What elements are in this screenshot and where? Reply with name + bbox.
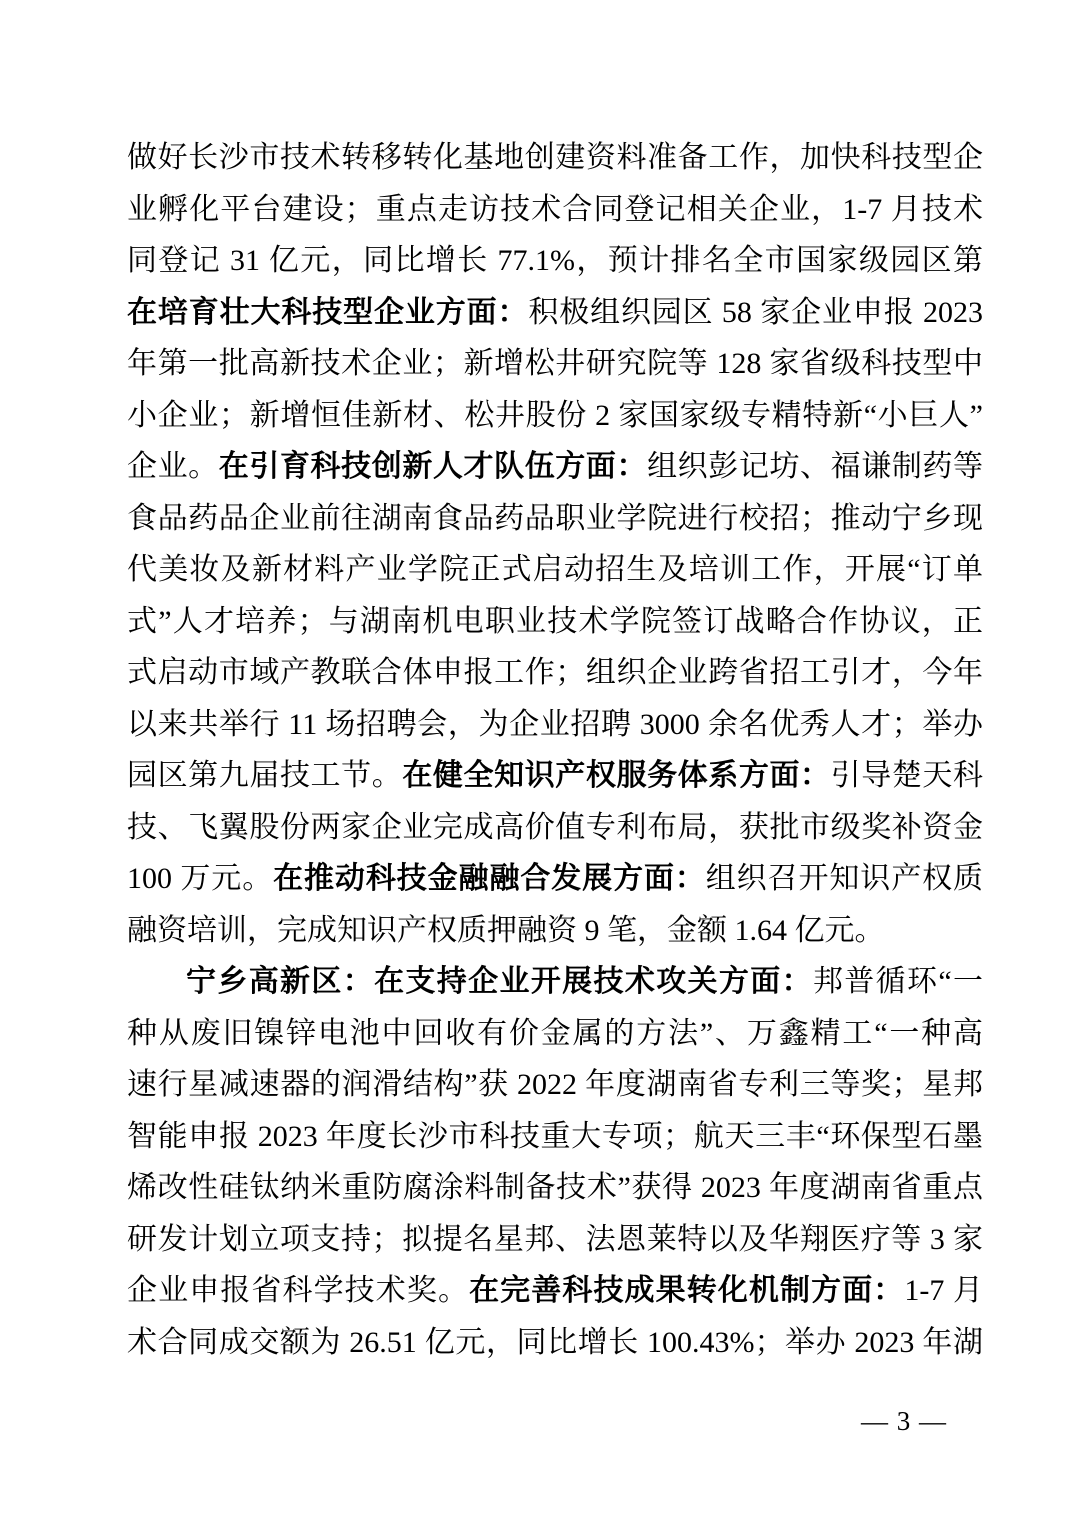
bold-heading-segment: 在完善科技成果转化机制方面： [469, 1274, 904, 1307]
text-block: 做好长沙市技术转移转化基地创建资料准备工作，加快科技型企业孵化平台建设；重点走访… [127, 132, 983, 1368]
text-segment: 积极组织园区 58 家企业申报 2023 [528, 296, 983, 329]
text-segment: 以来共举行 11 场招聘会，为企业招聘 3000 余名优秀人才；举办 [127, 708, 983, 741]
text-segment: 100 万元。 [127, 862, 273, 895]
text-line: 融资培训，完成知识产权质押融资 9 笔，金额 1.64 亿元。 [127, 905, 983, 957]
bold-heading-segment: 宁乡高新区：在支持企业开展技术攻关方面： [186, 965, 813, 998]
text-line: 业孵化平台建设；重点走访技术合同登记相关企业，1-7 月技术合 [127, 184, 983, 236]
text-segment: 融资培训，完成知识产权质押融资 9 笔，金额 1.64 亿元。 [127, 914, 885, 947]
text-line: 小企业；新增恒佳新材、松井股份 2 家国家级专精特新“小巨人” [127, 390, 983, 442]
text-segment: 代美妆及新材料产业学院正式启动招生及培训工作，开展“订单 [127, 553, 983, 586]
text-segment: 式”人才培养；与湖南机电职业技术学院签订战略合作协议，正 [127, 605, 983, 638]
text-line: 代美妆及新材料产业学院正式启动招生及培训工作，开展“订单 [127, 544, 983, 596]
text-segment: 邦普循环“一 [813, 965, 983, 998]
text-segment: 种从废旧镍锌电池中回收有价金属的方法”、万鑫精工“一种高 [127, 1017, 983, 1050]
text-line: 速行星减速器的润滑结构”获 2022 年度湖南省专利三等奖；星邦 [127, 1059, 983, 1111]
text-segment: 烯改性硅钛纳米重防腐涂料制备技术”获得 2023 年度湖南省重点 [127, 1171, 983, 1204]
text-segment: 智能申报 2023 年度长沙市科技重大专项；航天三丰“环保型石墨 [127, 1120, 983, 1153]
bold-heading-segment: 在引育科技创新人才队伍方面： [219, 450, 647, 483]
text-segment: 研发计划立项支持；拟提名星邦、法恩莱特以及华翔医疗等 3 家 [127, 1223, 983, 1256]
text-line: 企业。在引育科技创新人才队伍方面：组织彭记坊、福谦制药等 [127, 441, 983, 493]
text-line: 企业申报省科学技术奖。在完善科技成果转化机制方面：1-7 月技 [127, 1265, 983, 1317]
text-segment: 企业申报省科学技术奖。 [127, 1274, 469, 1307]
text-segment: 组织彭记坊、福谦制药等 [647, 450, 983, 483]
text-segment: 业孵化平台建设；重点走访技术合同登记相关企业，1-7 月技术合 [127, 193, 983, 236]
text-line: 烯改性硅钛纳米重防腐涂料制备技术”获得 2023 年度湖南省重点 [127, 1162, 983, 1214]
text-segment: 年第一批高新技术企业；新增松井研究院等 128 家省级科技型中 [127, 347, 983, 380]
text-segment: 引导楚天科 [831, 759, 983, 792]
bold-heading-segment: 在健全知识产权服务体系方面： [402, 759, 830, 792]
text-segment: 术合同成交额为 26.51 亿元，同比增长 100.43%；举办 2023 年湖 [127, 1326, 983, 1359]
text-line: 技、飞翼股份两家企业完成高价值专利布局，获批市级奖补资金 [127, 802, 983, 854]
text-line: 式”人才培养；与湖南机电职业技术学院签订战略合作协议，正 [127, 596, 983, 648]
text-line: 种从废旧镍锌电池中回收有价金属的方法”、万鑫精工“一种高 [127, 1008, 983, 1060]
text-line: 宁乡高新区：在支持企业开展技术攻关方面：邦普循环“一 [127, 956, 983, 1008]
text-segment: 小企业；新增恒佳新材、松井股份 2 家国家级专精特新“小巨人” [127, 399, 983, 432]
bold-heading-segment: 在培育壮大科技型企业方面： [127, 296, 528, 329]
text-line: 食品药品企业前往湖南食品药品职业学院进行校招；推动宁乡现 [127, 493, 983, 545]
text-line: 在培育壮大科技型企业方面：积极组织园区 58 家企业申报 2023 [127, 287, 983, 339]
text-segment: 园区第九届技工节。 [127, 759, 402, 792]
text-line: 研发计划立项支持；拟提名星邦、法恩莱特以及华翔医疗等 3 家 [127, 1214, 983, 1266]
text-line: 同登记 31 亿元，同比增长 77.1%，预计排名全市国家级园区第三。 [127, 235, 983, 287]
text-segment: 企业。 [127, 450, 219, 483]
text-line: 式启动市域产教联合体申报工作；组织企业跨省招工引才，今年 [127, 647, 983, 699]
text-line: 园区第九届技工节。在健全知识产权服务体系方面：引导楚天科 [127, 750, 983, 802]
document-page: 做好长沙市技术转移转化基地创建资料准备工作，加快科技型企业孵化平台建设；重点走访… [0, 0, 1074, 1520]
text-line: 100 万元。在推动科技金融融合发展方面：组织召开知识产权质押 [127, 853, 983, 905]
text-segment: 做好长沙市技术转移转化基地创建资料准备工作，加快科技型企 [127, 141, 983, 174]
text-line: 做好长沙市技术转移转化基地创建资料准备工作，加快科技型企 [127, 132, 983, 184]
bold-heading-segment: 在推动科技金融融合发展方面： [273, 862, 706, 895]
page-number: — 3 — [861, 1404, 947, 1438]
text-line: 术合同成交额为 26.51 亿元，同比增长 100.43%；举办 2023 年湖 [127, 1317, 983, 1369]
text-segment: 食品药品企业前往湖南食品药品职业学院进行校招；推动宁乡现 [127, 502, 983, 535]
text-segment: 速行星减速器的润滑结构”获 2022 年度湖南省专利三等奖；星邦 [127, 1068, 983, 1101]
text-line: 智能申报 2023 年度长沙市科技重大专项；航天三丰“环保型石墨 [127, 1111, 983, 1163]
text-segment: 式启动市域产教联合体申报工作；组织企业跨省招工引才，今年 [127, 656, 983, 689]
text-segment: 技、飞翼股份两家企业完成高价值专利布局，获批市级奖补资金 [127, 811, 983, 844]
text-line: 以来共举行 11 场招聘会，为企业招聘 3000 余名优秀人才；举办 [127, 699, 983, 751]
text-segment: 同登记 31 亿元，同比增长 77.1%，预计排名全市国家级园区第三。 [127, 244, 983, 287]
text-line: 年第一批高新技术企业；新增松井研究院等 128 家省级科技型中 [127, 338, 983, 390]
